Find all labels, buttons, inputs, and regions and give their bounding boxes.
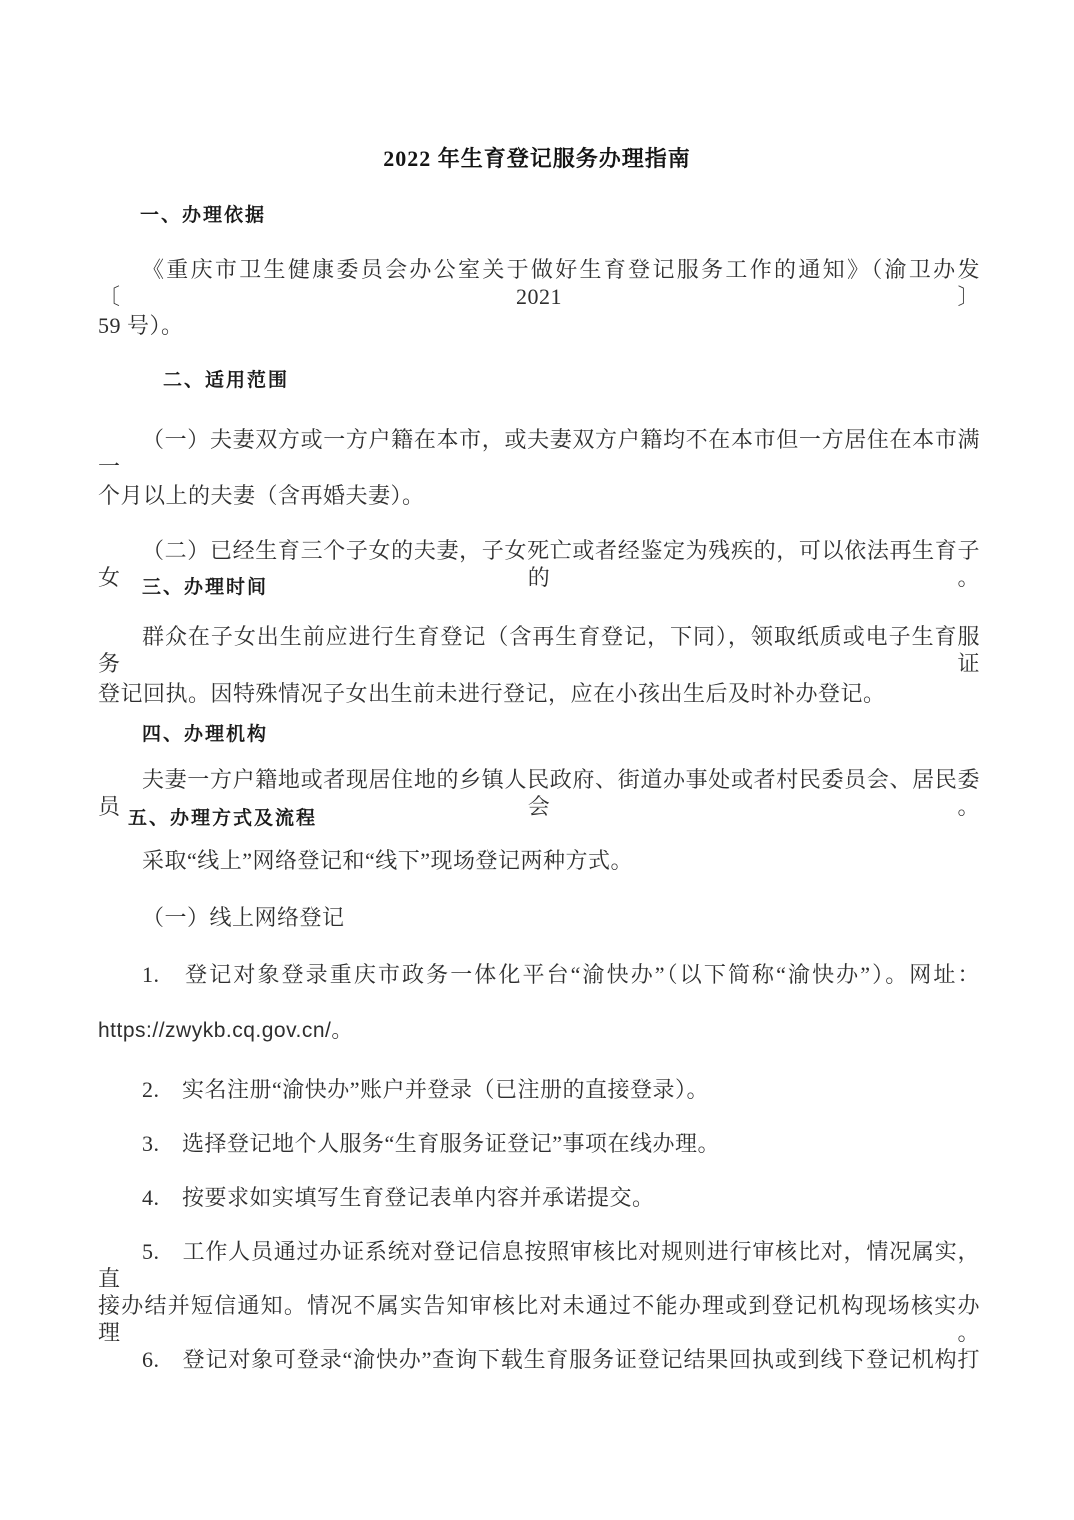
doc-title: 2022 年生育登记服务办理指南 [0,145,1074,172]
step-line: 6. 登记对象可登录“渝快办”查询下载生育服务证登记结果回执或到线下登记机构打 [98,1346,980,1373]
step-line: 5. 工作人员通过办证系统对登记信息按照审核比对规则进行审核比对，情况属实，直 [98,1238,980,1292]
paragraph-line: 59 号）。 [98,312,980,339]
step-line: 2. 实名注册“渝快办”账户并登录（已注册的直接登录）。 [98,1076,980,1103]
section-heading-scope: 二、适用范围 [163,369,289,393]
document-page: 2022 年生育登记服务办理指南 一、办理依据 《重庆市卫生健康委员会办公室关于… [0,0,1074,1520]
section-heading-basis: 一、办理依据 [140,204,266,228]
paragraph-line: 个月以上的夫妻（含再婚夫妻）。 [98,482,980,509]
step-line: 3. 选择登记地个人服务“生育服务证登记”事项在线办理。 [98,1130,980,1157]
step-line: 接办结并短信通知。情况不属实告知审核比对未通过不能办理或到登记机构现场核实办理。 [98,1292,980,1346]
section-heading-agency: 四、办理机构 [142,723,268,747]
section-heading-process: 五、办理方式及流程 [128,807,317,831]
url-text: https://zwykb.cq.gov.cn/。 [98,1017,980,1044]
section-heading-time: 三、办理时间 [142,576,268,600]
paragraph-line: 采取“线上”网络登记和“线下”现场登记两种方式。 [98,847,980,874]
step-line: 4. 按要求如实填写生育登记表单内容并承诺提交。 [98,1184,980,1211]
step-line: 1. 登记对象登录重庆市政务一体化平台“渝快办”（以下简称“渝快办”）。网址： [98,961,980,988]
paragraph-line: （一）夫妻双方或一方户籍在本市，或夫妻双方户籍均不在本市但一方居住在本市满一 [98,426,980,480]
subsection-heading-online: （一）线上网络登记 [98,904,980,931]
paragraph-line: 《重庆市卫生健康委员会办公室关于做好生育登记服务工作的通知》（渝卫办发〔2021… [98,256,980,310]
paragraph-line: 登记回执。因特殊情况子女出生前未进行登记，应在小孩出生后及时补办登记。 [98,680,980,707]
paragraph-line: 群众在子女出生前应进行生育登记（含再生育登记，下同），领取纸质或电子生育服务证 [98,623,980,677]
